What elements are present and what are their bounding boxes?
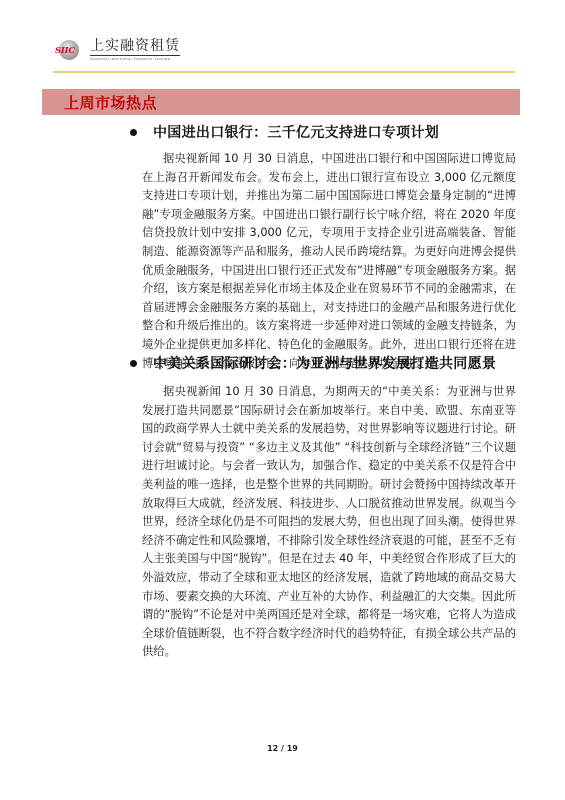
article-title: 中国进出口银行：三千亿元支持进口专项计划 [153,122,439,142]
company-logo: SIIC 上实融资租赁 SHANGHAI INDUSTRIAL FINANCIA… [55,39,180,61]
section-title: 上周市场热点 [64,92,157,113]
bullet-icon [130,129,137,136]
siic-logo-icon: SIIC [55,40,85,60]
article-heading: 中美关系国际研讨会：为亚洲与世界发展打造共同愿景 [130,353,496,373]
header-divider [53,71,515,73]
logo-text: 上实融资租赁 SHANGHAI INDUSTRIAL FINANCIAL LEA… [90,39,180,61]
section-banner: 上周市场热点 [42,89,520,115]
document-page: SIIC 上实融资租赁 SHANGHAI INDUSTRIAL FINANCIA… [0,0,565,800]
logo-mark-text: SIIC [55,46,75,56]
page-number: 12 / 19 [0,744,565,753]
logo-chinese-name: 上实融资租赁 [90,39,180,56]
bullet-icon [130,360,137,367]
article-title: 中美关系国际研讨会：为亚洲与世界发展打造共同愿景 [153,353,496,373]
article-body: 据央视新闻 10 月 30 日消息，为期两天的“中美关系：为亚洲与世界发展打造共… [142,383,516,662]
article-body: 据央视新闻 10 月 30 日消息，中国进出口银行和中国国际进口博览局在上海召开… [142,150,516,373]
logo-english-name: SHANGHAI INDUSTRIAL FINANCIAL LEASING [90,57,180,61]
article-heading: 中国进出口银行：三千亿元支持进口专项计划 [130,122,439,142]
